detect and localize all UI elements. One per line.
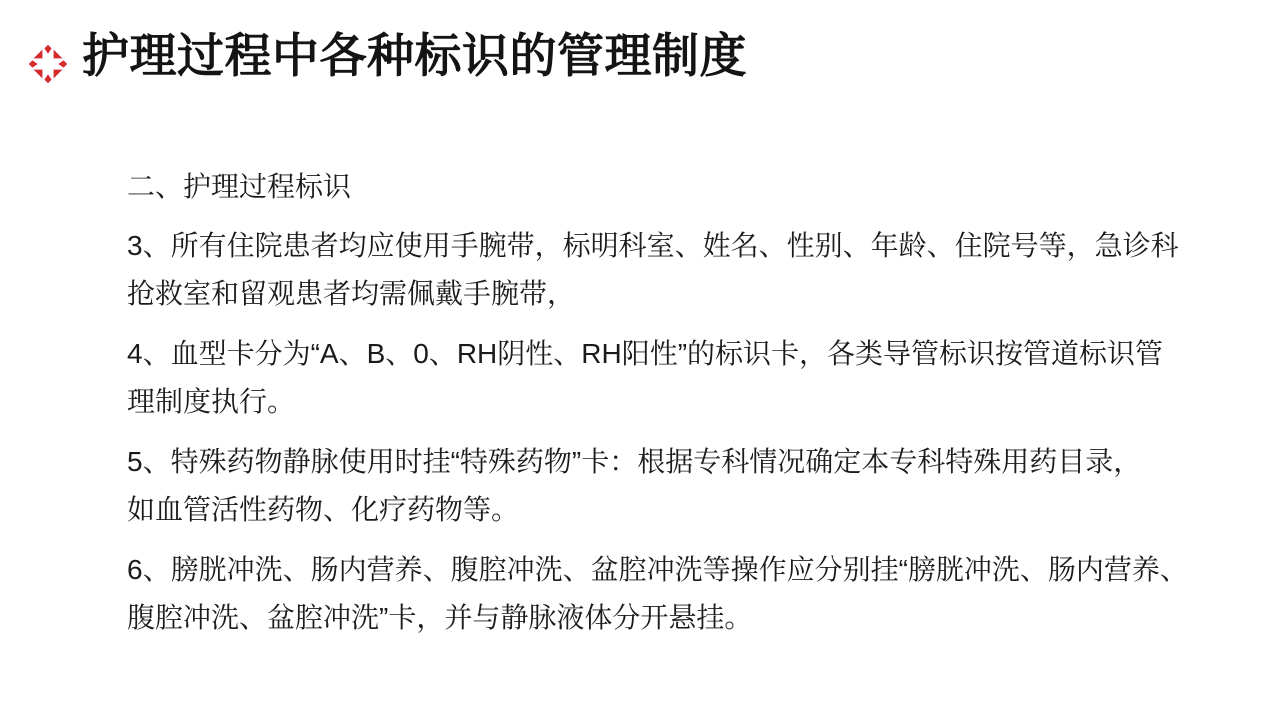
title-row: 护理过程中各种标识的管理制度 xyxy=(0,0,1280,110)
paragraph-line: 抢救室和留观患者均需佩戴手腕带， xyxy=(127,270,1177,318)
paragraph: 3、所有住院患者均应使用手腕带，标明科室、姓名、性别、年龄、住院号等，急诊科抢救… xyxy=(127,222,1177,318)
paragraph-line: 理制度执行。 xyxy=(127,378,1177,426)
paragraph: 5、特殊药物静脉使用时挂“特殊药物”卡：根据专科情况确定本专科特殊用药目录，如血… xyxy=(127,438,1177,534)
slide: 护理过程中各种标识的管理制度 二、护理过程标识 3、所有住院患者均应使用手腕带，… xyxy=(0,0,1280,720)
paragraph-line: 如血管活性药物、化疗药物等。 xyxy=(127,486,1177,534)
hospital-cross-icon xyxy=(28,42,68,86)
page-title: 护理过程中各种标识的管理制度 xyxy=(82,26,747,86)
section-heading: 二、护理过程标识 xyxy=(127,163,1177,211)
paragraph-line: 腹腔冲洗、盆腔冲洗”卡，并与静脉液体分开悬挂。 xyxy=(127,594,1177,642)
body-paragraphs: 3、所有住院患者均应使用手腕带，标明科室、姓名、性别、年龄、住院号等，急诊科抢救… xyxy=(127,222,1177,642)
paragraph-line: 6、膀胱冲洗、肠内营养、腹腔冲洗、盆腔冲洗等操作应分别挂“膀胱冲洗、肠内营养、 xyxy=(127,546,1177,594)
paragraph: 6、膀胱冲洗、肠内营养、腹腔冲洗、盆腔冲洗等操作应分别挂“膀胱冲洗、肠内营养、腹… xyxy=(127,546,1177,642)
paragraph-line: 4、血型卡分为“A、B、0、RH阴性、RH阳性”的标识卡，各类导管标识按管道标识… xyxy=(127,330,1177,378)
paragraph: 4、血型卡分为“A、B、0、RH阴性、RH阳性”的标识卡，各类导管标识按管道标识… xyxy=(127,330,1177,426)
paragraph-line: 3、所有住院患者均应使用手腕带，标明科室、姓名、性别、年龄、住院号等，急诊科 xyxy=(127,222,1177,270)
paragraph-line: 5、特殊药物静脉使用时挂“特殊药物”卡：根据专科情况确定本专科特殊用药目录， xyxy=(127,438,1177,486)
slide-body: 二、护理过程标识 3、所有住院患者均应使用手腕带，标明科室、姓名、性别、年龄、住… xyxy=(127,163,1177,654)
